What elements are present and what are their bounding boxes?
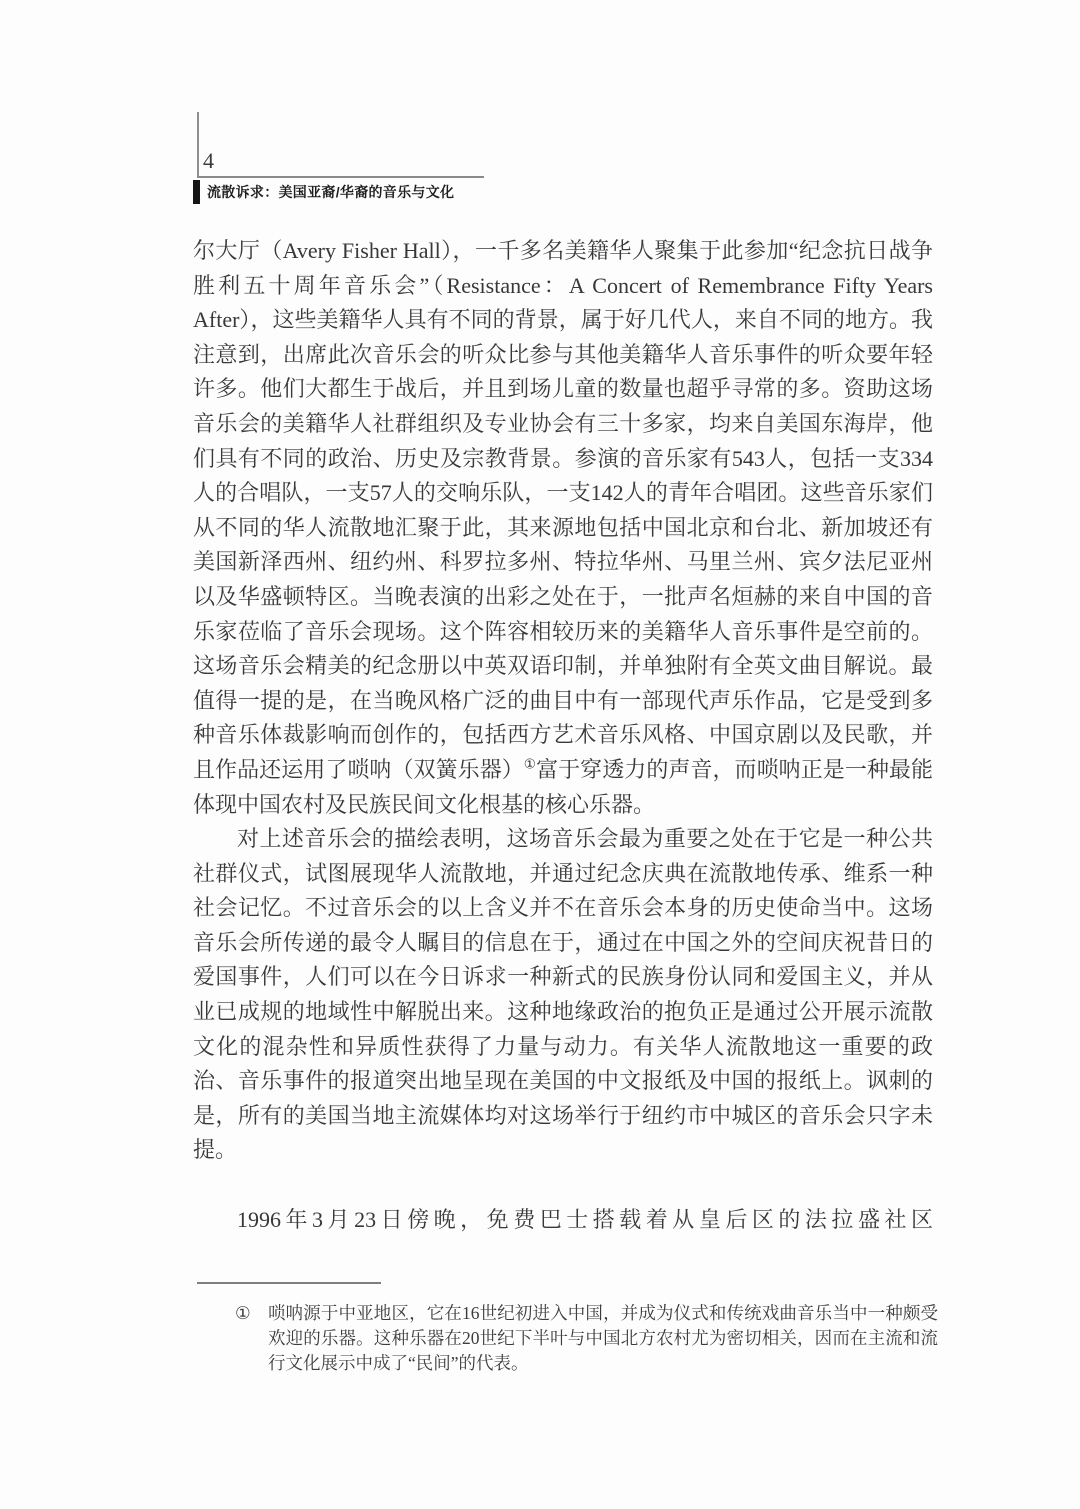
header-rule [197,176,484,178]
footnote-reference: ① [524,757,536,772]
header-bar-marker [193,180,200,204]
body-text: 尔大厅（Avery Fisher Hall），一千多名美籍华人聚集于此参加“纪念… [193,234,933,1237]
page-number: 4 [203,147,214,175]
running-head: 流散诉求：美国亚裔/华裔的音乐与文化 [193,179,454,205]
book-page: 4 流散诉求：美国亚裔/华裔的音乐与文化 尔大厅（Avery Fisher Ha… [0,0,1080,1509]
paragraph-2: 对上述音乐会的描绘表明，这场音乐会最为重要之处在于它是一种公共社群仪式，试图展现… [193,822,933,1168]
footnote-text: 唢呐源于中亚地区，它在16世纪初进入中国，并成为仪式和传统戏曲音乐当中一种颇受欢… [268,1301,938,1376]
folio-vertical-rule [197,112,199,177]
paragraph-3: 1996年3月23日傍晚，免费巴士搭载着从皇后区的法拉盛社区 [193,1203,933,1238]
paragraph-1: 尔大厅（Avery Fisher Hall），一千多名美籍华人聚集于此参加“纪念… [193,234,933,822]
footnote-rule [197,1282,381,1284]
footnote-marker: ① [235,1301,268,1326]
paragraph-1-text-before-ref: 尔大厅（Avery Fisher Hall），一千多名美籍华人聚集于此参加“纪念… [193,238,933,782]
footnote: ① 唢呐源于中亚地区，它在16世纪初进入中国，并成为仪式和传统戏曲音乐当中一种颇… [235,1301,938,1376]
running-title: 流散诉求：美国亚裔/华裔的音乐与文化 [207,182,454,202]
